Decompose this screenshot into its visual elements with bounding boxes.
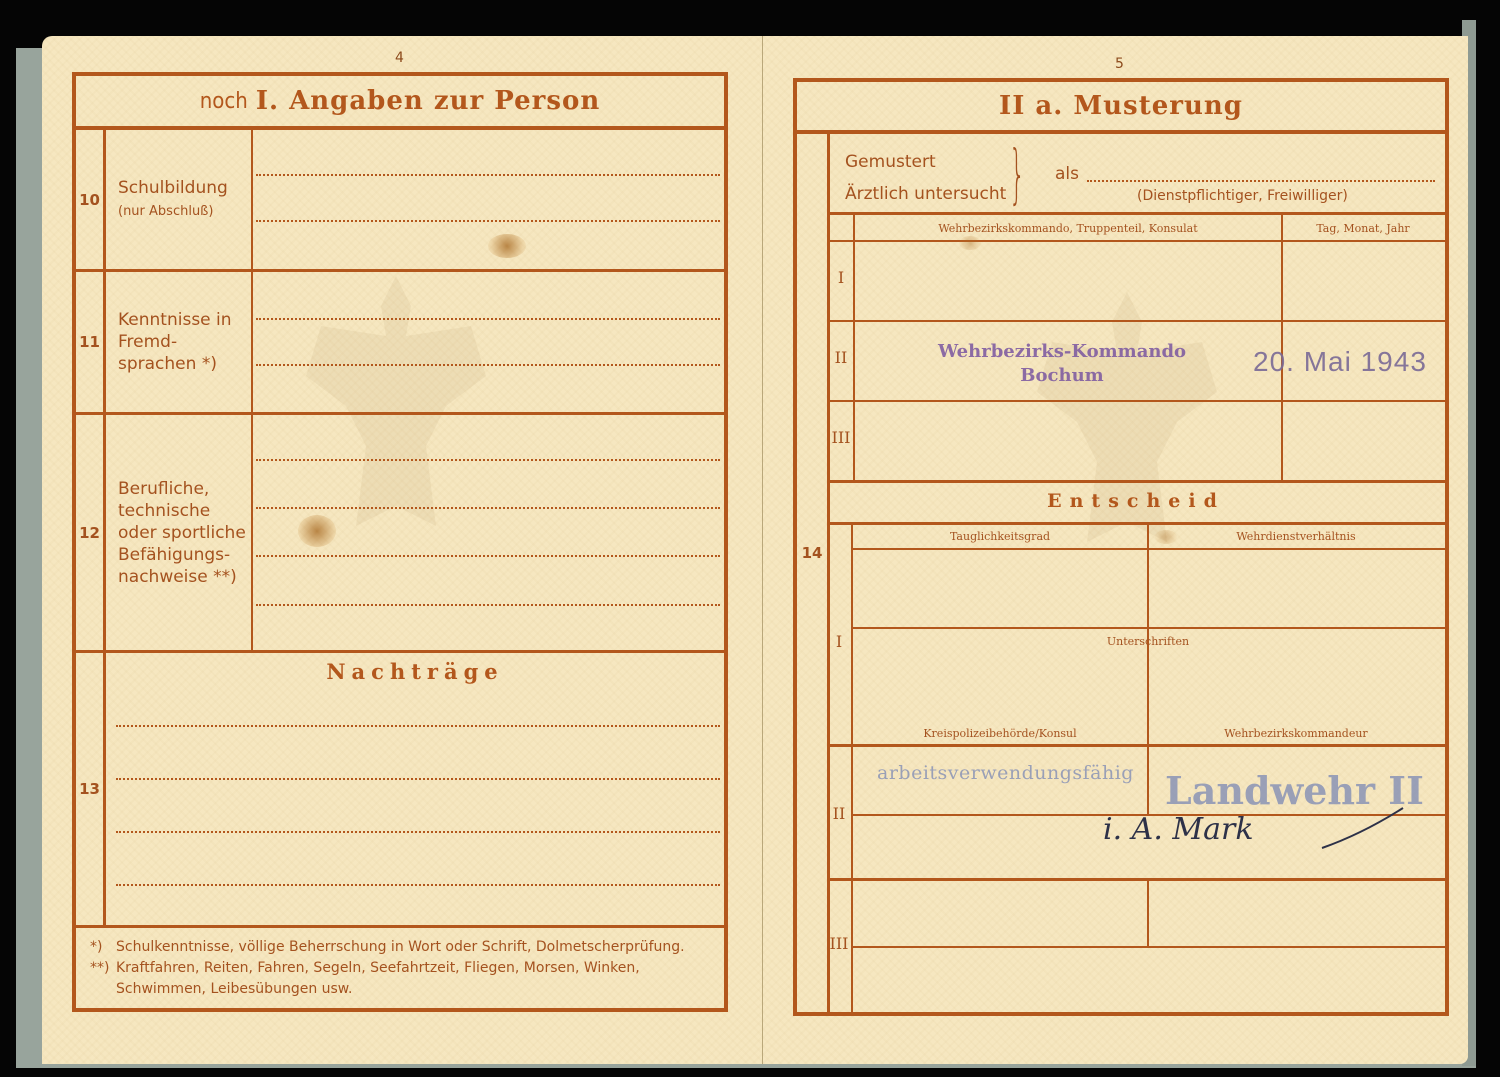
divider [827, 744, 1445, 747]
entry-line[interactable] [256, 604, 720, 606]
row-number: 12 [76, 415, 106, 650]
divider [851, 627, 1445, 629]
footnotes: *) Schulkenntnisse, völlige Beherrschung… [76, 927, 724, 1008]
row-10: 10 Schulbildung(nur Abschluß) [76, 130, 724, 272]
page-number-left: 4 [395, 50, 404, 66]
divider [827, 320, 1445, 322]
column-divider [1147, 747, 1149, 815]
row-number: 10 [76, 130, 106, 269]
roman-numeral: II [829, 348, 853, 367]
eagle-watermark-icon [1027, 282, 1227, 572]
label-aerztlich-untersucht: Ärztlich untersucht [845, 178, 1006, 210]
right-page: 5 II a. Musterung 14 Gemustert Ärztlich … [762, 36, 1468, 1064]
signature-wehrbezirkskommandeur-label: Wehrbezirkskommandeur [1149, 727, 1443, 740]
tauglichkeitsgrad-stamp: arbeitsverwendungsfähig [877, 762, 1134, 784]
entry-line[interactable] [116, 778, 720, 780]
roman-col-divider [851, 525, 853, 1012]
right-page-header: II a. Musterung [797, 82, 1445, 134]
divider [827, 480, 1445, 483]
header-prefix: noch [200, 89, 248, 114]
gemustert-labels: Gemustert Ärztlich untersucht [845, 146, 1006, 210]
stain [1155, 530, 1177, 544]
left-page-header: noch I. Angaben zur Person [76, 76, 724, 130]
label-gemustert: Gemustert [845, 146, 1006, 178]
date-stamp: 20. Mai 1943 [1253, 346, 1427, 378]
column-divider [1147, 881, 1149, 947]
roman-numeral: I [829, 268, 853, 287]
brace-icon: } [1009, 140, 1025, 210]
als-entry-line[interactable] [1087, 180, 1435, 182]
signature-kreispolizeibehoerde-label: Kreispolizeibehörde/Konsul [853, 727, 1147, 740]
header-wehrdienstverhaeltnis: Wehrdienstverhältnis [1149, 530, 1443, 543]
divider [827, 240, 1445, 242]
roman-numeral: II [827, 804, 851, 823]
stain [488, 234, 526, 258]
entry-line[interactable] [256, 364, 720, 366]
unterschriften-label: Unterschriften [853, 635, 1443, 648]
page-title: I. Angaben zur Person [256, 86, 600, 116]
entry-line[interactable] [256, 555, 720, 557]
entry-line[interactable] [256, 459, 720, 461]
row-12: 12 Berufliche, technische oder sportlich… [76, 415, 724, 653]
stain [298, 515, 336, 547]
authority-stamp: Wehrbezirks-Kommando Bochum [917, 340, 1207, 388]
entry-line[interactable] [116, 884, 720, 886]
row-label: Schulbildung(nur Abschluß) [106, 130, 253, 269]
divider [851, 946, 1445, 948]
row-11: 11 Kenntnisse in Fremd-sprachen *) [76, 272, 724, 415]
page-number-right: 5 [1115, 56, 1124, 72]
nachtraege-title: Nachträge [106, 659, 724, 684]
sublabel-abschluss: (nur Abschluß) [118, 204, 213, 219]
handwritten-signature: i. A. Mark [1103, 812, 1254, 847]
row-label: Berufliche, technische oder sportliche B… [106, 415, 253, 650]
divider [827, 878, 1445, 881]
footnote-2: **) Kraftfahren, Reiten, Fahren, Segeln,… [90, 958, 712, 1000]
divider [827, 212, 1445, 215]
left-page: 4 noch I. Angaben zur Person 10 Schulbil… [42, 36, 762, 1064]
right-form-frame: II a. Musterung 14 Gemustert Ärztlich un… [793, 78, 1449, 1016]
als-label: als [1055, 164, 1079, 184]
label-fremdsprachen: Kenntnisse in Fremd-sprachen *) [118, 309, 238, 375]
roman-numeral: III [829, 428, 853, 447]
entscheid-title: Entscheid [827, 490, 1445, 512]
header-tauglichkeitsgrad: Tauglichkeitsgrad [853, 530, 1147, 543]
row-label: Kenntnisse in Fremd-sprachen *) [106, 272, 253, 412]
page-title: II a. Musterung [999, 91, 1243, 121]
section-number: 14 [797, 544, 827, 562]
roman-numeral: I [827, 632, 851, 651]
entry-line[interactable] [256, 174, 720, 176]
row-13-nachtraege: 13 Nachträge [76, 653, 724, 928]
entry-line[interactable] [256, 318, 720, 320]
signature-stroke-icon [1317, 804, 1407, 854]
left-form-frame: noch I. Angaben zur Person 10 Schulbildu… [72, 72, 728, 1012]
entry-line[interactable] [256, 220, 720, 222]
divider [827, 400, 1445, 402]
row-number: 11 [76, 272, 106, 412]
label-schulbildung: Schulbildung [118, 177, 228, 199]
entry-line[interactable] [256, 507, 720, 509]
row-number: 13 [76, 653, 106, 925]
entry-line[interactable] [116, 831, 720, 833]
label-befaehigungsnachweise: Berufliche, technische oder sportliche B… [118, 478, 250, 588]
roman-numeral: III [827, 934, 851, 953]
entry-line[interactable] [116, 725, 720, 727]
als-hint: (Dienstpflichtiger, Freiwilliger) [1137, 188, 1348, 204]
footnote-1: *) Schulkenntnisse, völlige Beherrschung… [90, 937, 712, 958]
divider [827, 522, 1445, 525]
roman-col-divider [853, 215, 855, 481]
header-wehrbezirkskommando: Wehrbezirkskommando, Truppenteil, Konsul… [855, 222, 1281, 235]
header-datum: Tag, Monat, Jahr [1283, 222, 1443, 235]
stain [959, 236, 981, 250]
